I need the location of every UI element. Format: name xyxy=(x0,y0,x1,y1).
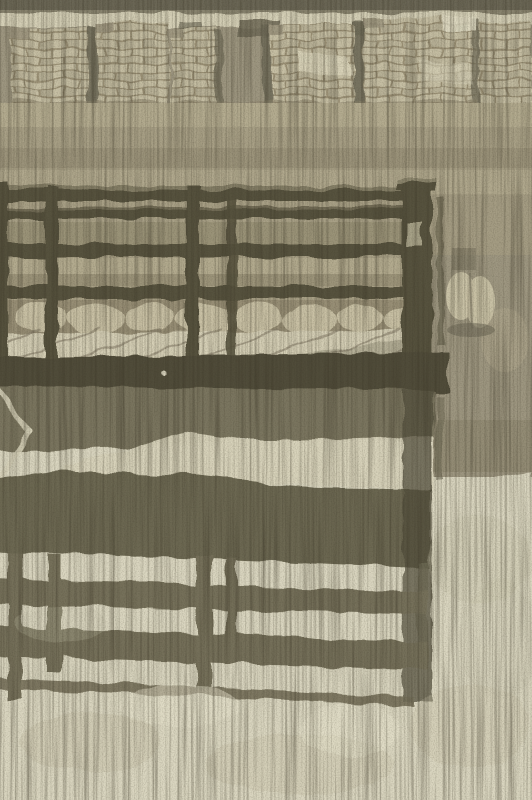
texture-overlay xyxy=(0,0,532,800)
photo xyxy=(0,0,532,800)
film-grain-texture xyxy=(0,0,532,800)
dock-photo-canvas xyxy=(0,0,532,800)
